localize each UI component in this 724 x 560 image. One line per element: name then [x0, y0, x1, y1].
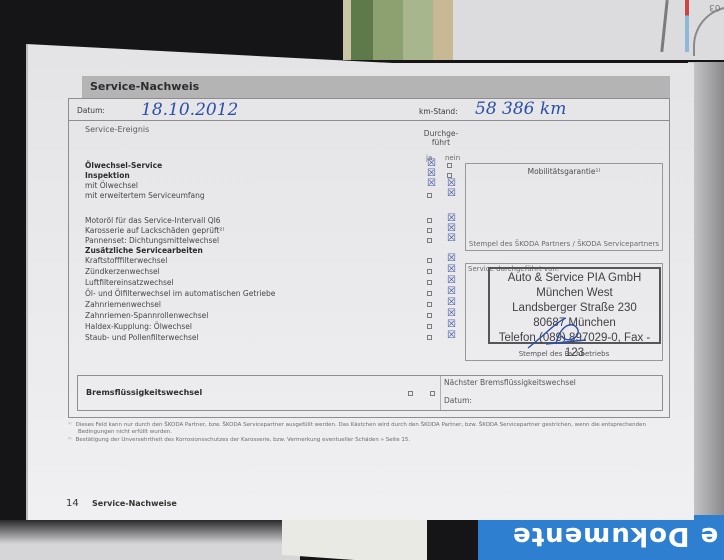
service-item: Haldex-Kupplung: Ölwechsel — [85, 322, 192, 331]
yes-checkbox[interactable] — [427, 280, 432, 285]
service-item: Ölwechsel-Service — [85, 161, 162, 170]
background-surface — [0, 520, 300, 560]
cable — [693, 6, 724, 56]
page-number: 14 — [66, 498, 79, 509]
next-brake-label: Nächster Bremsflüssigkeitswechsel — [444, 378, 576, 387]
yes-checkbox[interactable] — [427, 269, 432, 274]
yes-checkbox[interactable] — [427, 228, 432, 233]
no-checkbox[interactable]: ☒ — [447, 277, 454, 284]
next-brake-date-label: Datum: — [444, 396, 472, 405]
background-photo — [343, 0, 453, 60]
service-item: Zahnriemenwechsel — [85, 300, 161, 309]
no-checkbox[interactable]: ☒ — [447, 288, 454, 295]
page-section-title: Service-Nachweise — [92, 499, 177, 508]
service-item: mit erweitertem Serviceumfang — [85, 191, 205, 200]
service-item: Motoröl für das Service-Intervall QI6 — [85, 216, 221, 225]
yes-checkbox[interactable] — [427, 258, 432, 263]
no-checkbox[interactable]: ☒ — [447, 225, 454, 232]
pen — [685, 0, 689, 52]
no-checkbox[interactable]: ☒ — [447, 215, 454, 222]
yes-checkbox[interactable]: ☒ — [427, 170, 434, 177]
divider — [440, 376, 441, 410]
no-checkbox[interactable]: ☒ — [447, 266, 454, 273]
blue-folder: e Dokumente — [478, 515, 724, 560]
service-event-header: Service-Ereignis — [85, 125, 149, 134]
pen — [660, 0, 668, 52]
no-checkbox[interactable]: ☒ — [447, 255, 454, 262]
yes-checkbox[interactable] — [427, 313, 432, 318]
yes-checkbox[interactable] — [427, 291, 432, 296]
stamp-line: München West — [490, 286, 659, 301]
service-item: Kraftstofffilterwechsel — [85, 256, 167, 265]
workshop-caption: Stempel des Fachbetriebs — [466, 350, 662, 358]
no-checkbox[interactable] — [447, 163, 452, 168]
yes-checkbox[interactable] — [427, 324, 432, 329]
done-header: Durchge- führt — [421, 129, 461, 147]
no-checkbox[interactable]: ☒ — [447, 321, 454, 328]
mobility-title: Mobilitätsgarantie¹⁾ — [466, 167, 662, 176]
no-checkbox[interactable]: ☒ — [447, 310, 454, 317]
yes-checkbox[interactable] — [427, 218, 432, 223]
blue-folder-text: e Dokumente — [512, 521, 718, 551]
km-label: km-Stand: — [419, 107, 458, 116]
service-item: Zündkerzenwechsel — [85, 267, 160, 276]
date-value[interactable]: 18.10.2012 — [141, 100, 238, 120]
service-item: Luftfiltereinsatzwechsel — [85, 278, 174, 287]
service-item: Öl- und Ölfilterwechsel im automatischen… — [85, 289, 275, 298]
yes-checkbox[interactable] — [427, 335, 432, 340]
brake-no-checkbox[interactable] — [430, 391, 435, 396]
service-item: Inspektion — [85, 171, 130, 180]
section-title: Service-Nachweis — [82, 76, 670, 98]
no-checkbox[interactable]: ☒ — [447, 180, 454, 187]
signature — [526, 314, 596, 350]
yes-checkbox[interactable]: ☒ — [427, 160, 434, 167]
brake-label: Bremsflüssigkeitswechsel — [86, 388, 202, 397]
corner-code: 03 — [709, 2, 720, 12]
brake-yes-checkbox[interactable] — [408, 391, 413, 396]
footnote-1: ¹⁾Dieses Feld kann nur durch den ŠKODA P… — [68, 422, 646, 428]
service-item: Karosserie auf Lackschäden geprüft²⁾ — [85, 226, 224, 235]
background-card — [453, 0, 724, 60]
no-checkbox[interactable]: ☒ — [447, 235, 454, 242]
yes-checkbox[interactable] — [427, 238, 432, 243]
footnote-1-cont: Bedingungen nicht erfüllt wurden. — [78, 429, 172, 435]
service-item: mit Ölwechsel — [85, 181, 138, 190]
yes-checkbox[interactable] — [427, 193, 432, 198]
km-value[interactable]: 58 386 km — [475, 99, 566, 119]
yes-checkbox[interactable] — [427, 302, 432, 307]
service-item: Zusätzliche Servicearbeiten — [85, 246, 203, 255]
service-item: Zahnriemen-Spannrollenwechsel — [85, 311, 208, 320]
service-booklet-page: Service-Nachweis Datum: 18.10.2012 km-St… — [26, 44, 694, 520]
no-checkbox[interactable]: ☒ — [447, 332, 454, 339]
no-checkbox[interactable]: ☒ — [447, 299, 454, 306]
mobility-guarantee-box: Mobilitätsgarantie¹⁾ Stempel des ŠKODA P… — [465, 163, 663, 251]
service-item: Staub- und Pollenfilterwechsel — [85, 333, 199, 342]
service-item: Pannenset: Dichtungsmittelwechsel — [85, 236, 219, 245]
workshop-stamp-box: Service durchgeführt von: Auto & Service… — [465, 263, 663, 361]
date-label: Datum: — [77, 106, 105, 115]
no-header: nein — [445, 154, 460, 162]
footnote-2: ²⁾Bestätigung der Unversehrtheit des Kor… — [68, 437, 410, 443]
brake-fluid-row: Bremsflüssigkeitswechsel Nächster Bremsf… — [77, 375, 663, 411]
no-checkbox[interactable]: ☒ — [447, 190, 454, 197]
date-km-row: Datum: 18.10.2012 km-Stand: 58 386 km — [69, 99, 669, 121]
stamp-line: Auto & Service PIA GmbH — [490, 271, 659, 286]
service-record-frame: Datum: 18.10.2012 km-Stand: 58 386 km Se… — [68, 98, 670, 418]
yes-checkbox[interactable]: ☒ — [427, 180, 434, 187]
mobility-caption: Stempel des ŠKODA Partners / ŠKODA Servi… — [466, 240, 662, 248]
